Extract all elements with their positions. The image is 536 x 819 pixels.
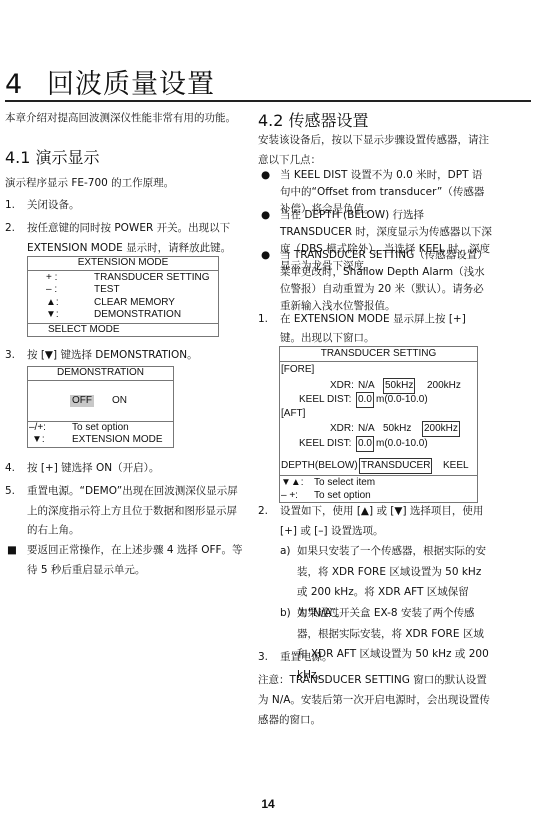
key-label: + :: [46, 272, 57, 285]
screen-title: EXTENSION MODE: [28, 257, 218, 271]
chapter-number: 4: [5, 69, 47, 100]
menu-option: CLEAR MEMORY: [94, 297, 175, 310]
screen-footer: SELECT MODE: [28, 323, 218, 337]
hint-text: EXTENSION MODE: [72, 434, 163, 447]
keel-dist-label: KEEL DIST:: [299, 393, 351, 407]
step-item: 2. 设置如下，使用 [▲] 或 [▼] 选择项目，使用 [+] 或 [–] 设…: [258, 501, 490, 541]
depth-below-label: DEPTH(BELOW): [281, 459, 358, 473]
fore-option-50khz-selected: 50kHz: [383, 378, 415, 394]
section-4-2-heading: 4.2 传感器设置: [258, 108, 369, 131]
menu-option: DEMONSTRATION: [94, 309, 181, 322]
keel-dist-range: m(0.0-10.0): [376, 437, 428, 451]
bullet-item: ● 当 TRANSDUCER SETTING（传感器设置）菜单更改时，Shall…: [258, 247, 492, 315]
option-on: ON: [112, 395, 127, 408]
depth-option-keel: KEEL: [443, 459, 469, 473]
step-item: 1. 在 EXTENSION MODE 显示屏上按 [+] 键。出现以下窗口。: [258, 310, 490, 348]
menu-option: TRANSDUCER SETTING: [94, 272, 210, 285]
transducer-setting-screen: TRANSDUCER SETTING [FORE] XDR: N/A 50kHz…: [279, 346, 478, 503]
fore-label: [FORE]: [281, 363, 314, 377]
fore-keel-dist-value: 0.0: [356, 392, 374, 408]
fore-option-na: N/A: [358, 379, 375, 393]
page-number: 14: [0, 797, 536, 811]
bullet-dot-icon: ●: [261, 247, 270, 264]
option-off-selected: OFF: [70, 395, 94, 408]
key-label: ▼:: [46, 309, 59, 322]
step-item: 5. 重置电源。“DEMO”出现在回波测深仪显示屏上的深度指示符上方且位于数据和…: [5, 482, 245, 541]
demonstration-screen: DEMONSTRATION OFF ON –/+:To set option ▼…: [27, 366, 174, 448]
xdr-label: XDR:: [330, 379, 354, 393]
aft-option-200khz-selected: 200kHz: [422, 421, 460, 437]
title-divider: [5, 100, 531, 102]
section-4-1-lead: 演示程序显示 FE-700 的工作原理。: [5, 173, 250, 193]
intro-text: 本章介绍对提高回波测深仪性能非常有用的功能。: [5, 108, 250, 128]
screen-title: DEMONSTRATION: [28, 367, 173, 381]
section-4-2-lead: 安装该设备后，按以下显示步骤设置传感器，请注意以下几点：: [258, 130, 490, 170]
step-item: 2. 按任意键的同时按 POWER 开关。出现以下 EXTENSION MODE…: [5, 218, 243, 258]
aft-option-50khz: 50kHz: [383, 422, 411, 436]
key-label: ▼:: [32, 434, 45, 447]
keel-dist-range: m(0.0-10.0): [376, 393, 428, 407]
key-label: ▲:: [46, 297, 59, 310]
fore-option-200khz: 200kHz: [427, 379, 461, 393]
key-label: ▼▲:: [281, 476, 304, 490]
key-label: –/+:: [29, 422, 46, 435]
step-item: 4. 按 [+] 键选择 ON（开启）。: [5, 459, 245, 478]
bullet-dot-icon: ●: [261, 207, 270, 224]
key-label: – :: [46, 284, 57, 297]
chapter-title: 4回波质量设置: [5, 62, 215, 101]
aft-label: [AFT]: [281, 407, 305, 421]
extension-mode-screen: EXTENSION MODE + :TRANSDUCER SETTING – :…: [27, 256, 219, 337]
step-item: 1. 关闭设备。: [5, 196, 245, 215]
menu-option: TEST: [94, 284, 120, 297]
aft-option-na: N/A: [358, 422, 375, 436]
hint-text: To set option: [72, 422, 129, 435]
return-note: ■ 要返回正常操作，在上述步骤 4 选择 OFF。等待 5 秒后重启显示单元。: [5, 541, 245, 580]
bullet-dot-icon: ●: [261, 167, 270, 184]
chapter-name: 回波质量设置: [47, 69, 215, 100]
default-setting-note: 注意：TRANSDUCER SETTING 窗口的默认设置为 N/A。安装后第一…: [258, 670, 490, 730]
screen-title: TRANSDUCER SETTING: [280, 347, 477, 362]
keel-dist-label: KEEL DIST:: [299, 437, 351, 451]
square-bullet-icon: ■: [7, 541, 17, 561]
section-4-1-heading: 4.1 演示显示: [5, 145, 100, 168]
xdr-label: XDR:: [330, 422, 354, 436]
aft-keel-dist-value: 0.0: [356, 436, 374, 452]
step-item: 3. 重置电源。: [258, 648, 490, 667]
step-item: 3. 按 [▼] 键选择 DEMONSTRATION。: [5, 346, 245, 365]
depth-option-transducer-selected: TRANSDUCER: [359, 458, 432, 474]
hint-text: To select item: [314, 476, 375, 490]
